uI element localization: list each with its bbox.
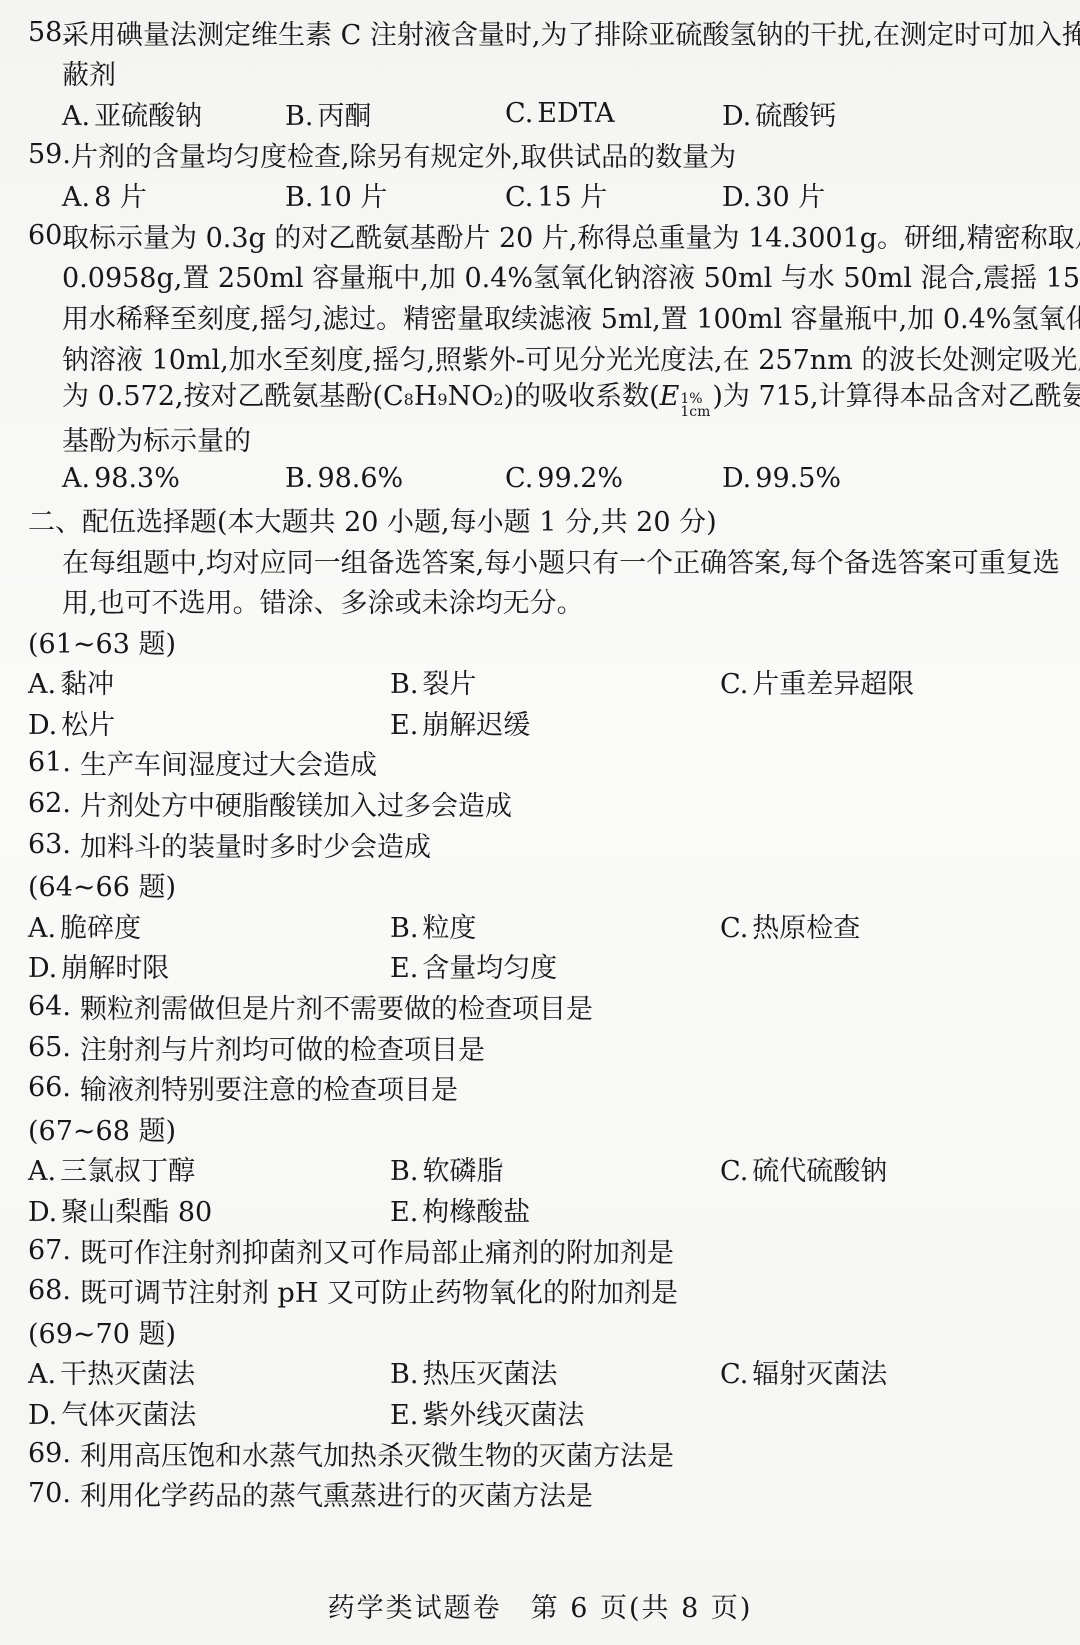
formula-text: H: [414, 381, 438, 412]
footer-text: 药学类试题卷 第 6 页(共 8 页): [328, 1593, 753, 1624]
question-stem: 生产车间湿度过大会造成: [80, 743, 377, 782]
option-label: A.: [28, 1156, 56, 1187]
question-60-line-4: 钠溶液 10ml,加水至刻度,摇匀,照紫外-可见分光光度法,在 257nm 的波…: [28, 337, 1054, 378]
option-label: B.: [285, 463, 313, 494]
question-stem: 0.0958g,置 250ml 容量瓶中,加 0.4%氢氧化钠溶液 50ml 与…: [62, 256, 1080, 295]
group-69-70-range: (69~70 题): [28, 1311, 1054, 1352]
option-a: A.98.3%: [62, 463, 285, 494]
group-64-66-options-de: D.崩解时限 E.含量均匀度: [28, 946, 1054, 987]
group-67-68-options-abc: A.三氯叔丁醇 B.软磷脂 C.硫代硫酸钠: [28, 1149, 1054, 1190]
instructions-text: 用,也可不选用。错涂、多涂或未涂均无分。: [62, 581, 584, 620]
question-stem: 既可作注射剂抑菌剂又可作局部止痛剂的附加剂是: [80, 1231, 674, 1270]
group-69-70-options-de: D.气体灭菌法 E.紫外线灭菌法: [28, 1392, 1054, 1433]
group-range-label: (69~70 题): [28, 1312, 176, 1351]
question-number: 59.: [28, 139, 71, 170]
option-c: C.辐射灭菌法: [720, 1352, 1054, 1391]
option-label: C.: [505, 98, 533, 129]
question-69: 69. 利用高压饱和水蒸气加热杀灭微生物的灭菌方法是: [28, 1433, 1054, 1474]
option-label: D.: [28, 1400, 57, 1431]
option-c: C.片重差异超限: [720, 662, 1054, 701]
group-61-63-options-de: D.松片 E.崩解迟缓: [28, 702, 1054, 743]
option-label: D.: [722, 101, 751, 132]
option-label: B.: [390, 669, 418, 700]
option-label: D.: [28, 710, 57, 741]
option-text: 99.5%: [755, 463, 841, 494]
question-59-line-1: 59. 片剂的含量均匀度检查,除另有规定外,取供试品的数量为: [28, 134, 1054, 175]
option-label: C.: [720, 1156, 748, 1187]
option-text: 15 片: [537, 175, 607, 214]
option-text: 紫外线灭菌法: [422, 1393, 584, 1432]
question-58-line-1: 58. 采用碘量法测定维生素 C 注射液含量时,为了排除亚硫酸氢钠的干扰,在测定…: [28, 12, 1054, 53]
question-stem: 用水稀释至刻度,摇匀,滤过。精密量取续滤液 5ml,置 100ml 容量瓶中,加…: [62, 297, 1080, 336]
question-stem: 颗粒剂需做但是片剂不需要做的检查项目是: [80, 987, 593, 1026]
question-number: 60.: [28, 220, 62, 251]
option-text: 辐射灭菌法: [752, 1352, 887, 1391]
formula-text: )的吸收系数(: [504, 374, 660, 413]
section-title: 二、配伍选择题(本大题共 20 小题,每小题 1 分,共 20 分): [28, 500, 717, 539]
question-number: 65.: [28, 1032, 71, 1063]
question-stem: 基酚为标示量的: [62, 419, 251, 458]
section-instructions-line-1: 在每组题中,均对应同一组备选答案,每小题只有一个正确答案,每个备选答案可重复选: [28, 540, 1054, 581]
question-stem: 蔽剂: [62, 53, 116, 92]
option-a: A.黏冲: [28, 662, 390, 701]
option-text: 亚硫酸钠: [94, 94, 202, 133]
formula-text: 为 0.572,按对乙酰氨基酚(C: [62, 374, 404, 413]
option-label: B.: [285, 182, 313, 213]
question-stem: 加料斗的装量时多时少会造成: [80, 825, 431, 864]
option-d: D.聚山梨酯 80: [28, 1190, 390, 1229]
question-60-options: A.98.3% B.98.6% C.99.2% D.99.5%: [28, 459, 1054, 500]
exam-page: 58. 采用碘量法测定维生素 C 注射液含量时,为了排除亚硫酸氢钠的干扰,在测定…: [0, 0, 1080, 1645]
subscript: 1cm: [680, 406, 710, 419]
option-b: B.10 片: [285, 175, 505, 214]
option-label: E.: [390, 953, 418, 984]
option-e: E.枸橼酸盐: [390, 1190, 720, 1229]
option-a: A.亚硫酸钠: [62, 94, 285, 133]
option-a: A.8 片: [62, 175, 285, 214]
group-range-label: (61~63 题): [28, 622, 176, 661]
option-d: D.松片: [28, 703, 390, 742]
option-c: C.15 片: [505, 175, 722, 214]
question-58-options: A.亚硫酸钠 B.丙酮 C.EDTA D.硫酸钙: [28, 93, 1054, 134]
question-60-line-2: 0.0958g,置 250ml 容量瓶中,加 0.4%氢氧化钠溶液 50ml 与…: [28, 256, 1054, 297]
group-range-label: (67~68 题): [28, 1109, 176, 1148]
option-text: 脆碎度: [60, 906, 141, 945]
group-range-label: (64~66 题): [28, 865, 176, 904]
section-instructions-line-2: 用,也可不选用。错涂、多涂或未涂均无分。: [28, 580, 1054, 621]
question-number: 64.: [28, 991, 71, 1022]
question-65: 65. 注射剂与片剂均可做的检查项目是: [28, 1027, 1054, 1068]
option-label: A.: [62, 182, 90, 213]
section-heading: 二、配伍选择题(本大题共 20 小题,每小题 1 分,共 20 分): [28, 499, 1054, 540]
question-67: 67. 既可作注射剂抑菌剂又可作局部止痛剂的附加剂是: [28, 1230, 1054, 1271]
option-text: 干热灭菌法: [60, 1352, 195, 1391]
group-61-63-range: (61~63 题): [28, 621, 1054, 662]
question-60-line-3: 用水稀释至刻度,摇匀,滤过。精密量取续滤液 5ml,置 100ml 容量瓶中,加…: [28, 296, 1054, 337]
option-b: B.丙酮: [285, 94, 505, 133]
question-60-line-1: 60. 取标示量为 0.3g 的对乙酰氨基酚片 20 片,称得总重量为 14.3…: [28, 215, 1054, 256]
option-d: D.30 片: [722, 175, 1054, 214]
question-stem: 利用化学药品的蒸气熏蒸进行的灭菌方法是: [80, 1474, 593, 1513]
question-64: 64. 颗粒剂需做但是片剂不需要做的检查项目是: [28, 986, 1054, 1027]
group-67-68-options-de: D.聚山梨酯 80 E.枸橼酸盐: [28, 1189, 1054, 1230]
option-a: A.脆碎度: [28, 906, 390, 945]
option-text: 10 片: [317, 175, 387, 214]
question-number: 69.: [28, 1438, 71, 1469]
option-text: 99.2%: [537, 463, 623, 494]
question-number: 68.: [28, 1275, 71, 1306]
formula-text: NO: [448, 381, 494, 412]
group-67-68-range: (67~68 题): [28, 1108, 1054, 1149]
option-label: B.: [285, 101, 313, 132]
group-61-63-options-abc: A.黏冲 B.裂片 C.片重差异超限: [28, 662, 1054, 703]
option-label: C.: [505, 463, 533, 494]
question-number: 70.: [28, 1478, 71, 1509]
option-b: B.粒度: [390, 906, 720, 945]
option-text: 崩解迟缓: [422, 703, 530, 742]
option-label: B.: [390, 913, 418, 944]
option-label: A.: [28, 1359, 56, 1390]
page-footer: 药学类试题卷 第 6 页(共 8 页): [0, 1586, 1080, 1625]
question-number: 62.: [28, 788, 71, 819]
option-c: C.EDTA: [505, 98, 722, 129]
option-text: 8 片: [94, 175, 147, 214]
option-text: 30 片: [755, 175, 825, 214]
option-label: D.: [28, 953, 57, 984]
option-b: B.热压灭菌法: [390, 1352, 720, 1391]
question-66: 66. 输液剂特别要注意的检查项目是: [28, 1067, 1054, 1108]
question-stem: 片剂处方中硬脂酸镁加入过多会造成: [80, 784, 512, 823]
option-text: 气体灭菌法: [61, 1393, 196, 1432]
option-text: 软磷脂: [422, 1149, 503, 1188]
group-64-66-options-abc: A.脆碎度 B.粒度 C.热原检查: [28, 905, 1054, 946]
question-63: 63. 加料斗的装量时多时少会造成: [28, 824, 1054, 865]
option-text: 片重差异超限: [752, 662, 914, 701]
option-text: 98.3%: [94, 463, 180, 494]
option-b: B.裂片: [390, 662, 720, 701]
sup-sub-stack: 1%1cm: [680, 393, 710, 419]
question-61: 61. 生产车间湿度过大会造成: [28, 743, 1054, 784]
option-label: E.: [390, 710, 418, 741]
question-60-line-6: 基酚为标示量的: [28, 418, 1054, 459]
question-stem: 利用高压饱和水蒸气加热杀灭微生物的灭菌方法是: [80, 1434, 674, 1473]
question-number: 67.: [28, 1235, 71, 1266]
question-stem: 注射剂与片剂均可做的检查项目是: [80, 1028, 485, 1067]
option-label: C.: [720, 669, 748, 700]
option-label: A.: [62, 101, 90, 132]
option-label: A.: [28, 669, 56, 700]
option-label: D.: [722, 182, 751, 213]
option-text: 含量均匀度: [422, 946, 557, 985]
option-a: A.干热灭菌法: [28, 1352, 390, 1391]
option-text: 三氯叔丁醇: [60, 1149, 195, 1188]
option-c: C.硫代硫酸钠: [720, 1149, 1054, 1188]
question-number: 66.: [28, 1072, 71, 1103]
option-text: 粒度: [422, 906, 476, 945]
absorption-coefficient-symbol: E: [660, 381, 680, 412]
group-64-66-range: (64~66 题): [28, 864, 1054, 905]
option-label: C.: [720, 913, 748, 944]
option-text: 硫代硫酸钠: [752, 1149, 887, 1188]
option-text: 枸橼酸盐: [422, 1190, 530, 1229]
option-text: 裂片: [422, 662, 476, 701]
option-label: D.: [722, 463, 751, 494]
option-text: 黏冲: [60, 662, 114, 701]
option-text: 热原检查: [752, 906, 860, 945]
option-label: E.: [390, 1400, 418, 1431]
question-stem: 既可调节注射剂 pH 又可防止药物氧化的附加剂是: [80, 1271, 678, 1310]
option-b: B.软磷脂: [390, 1149, 720, 1188]
option-d: D.崩解时限: [28, 946, 390, 985]
question-58-line-2: 蔽剂: [28, 53, 1054, 94]
option-text: 硫酸钙: [755, 94, 836, 133]
option-e: E.紫外线灭菌法: [390, 1393, 720, 1432]
question-stem: 输液剂特别要注意的检查项目是: [80, 1068, 458, 1107]
option-b: B.98.6%: [285, 463, 505, 494]
question-stem: 采用碘量法测定维生素 C 注射液含量时,为了排除亚硫酸氢钠的干扰,在测定时可加入…: [62, 13, 1080, 52]
formula-text: )为 715,计算得本品含对乙酰氨: [712, 374, 1080, 413]
question-68: 68. 既可调节注射剂 pH 又可防止药物氧化的附加剂是: [28, 1270, 1054, 1311]
option-e: E.崩解迟缓: [390, 703, 720, 742]
option-label: E.: [390, 1197, 418, 1228]
question-stem: 取标示量为 0.3g 的对乙酰氨基酚片 20 片,称得总重量为 14.3001g…: [62, 216, 1080, 255]
question-60-line-5-formula: 为 0.572,按对乙酰氨基酚(C8H9NO2)的吸收系数(E1%1cm)为 7…: [28, 377, 1054, 418]
option-label: B.: [390, 1156, 418, 1187]
question-number: 63.: [28, 829, 71, 860]
option-text: 丙酮: [317, 94, 371, 133]
question-62: 62. 片剂处方中硬脂酸镁加入过多会造成: [28, 783, 1054, 824]
question-59-options: A.8 片 B.10 片 C.15 片 D.30 片: [28, 174, 1054, 215]
question-70: 70. 利用化学药品的蒸气熏蒸进行的灭菌方法是: [28, 1473, 1054, 1514]
option-a: A.三氯叔丁醇: [28, 1149, 390, 1188]
option-e: E.含量均匀度: [390, 946, 720, 985]
option-d: D.99.5%: [722, 463, 1054, 494]
question-stem: 片剂的含量均匀度检查,除另有规定外,取供试品的数量为: [71, 135, 736, 174]
option-d: D.硫酸钙: [722, 94, 1054, 133]
option-d: D.气体灭菌法: [28, 1393, 390, 1432]
question-stem: 钠溶液 10ml,加水至刻度,摇匀,照紫外-可见分光光度法,在 257nm 的波…: [62, 338, 1080, 377]
instructions-text: 在每组题中,均对应同一组备选答案,每小题只有一个正确答案,每个备选答案可重复选: [62, 541, 1060, 580]
option-text: 聚山梨酯 80: [61, 1190, 212, 1229]
option-label: A.: [28, 913, 56, 944]
option-text: 热压灭菌法: [422, 1352, 557, 1391]
option-text: 98.6%: [317, 463, 403, 494]
option-label: D.: [28, 1197, 57, 1228]
option-label: B.: [390, 1359, 418, 1390]
group-69-70-options-abc: A.干热灭菌法 B.热压灭菌法 C.辐射灭菌法: [28, 1352, 1054, 1393]
option-label: C.: [720, 1359, 748, 1390]
option-label: C.: [505, 182, 533, 213]
option-text: EDTA: [537, 98, 614, 129]
option-c: C.热原检查: [720, 906, 1054, 945]
option-label: A.: [62, 463, 90, 494]
option-text: 崩解时限: [61, 946, 169, 985]
option-text: 松片: [61, 703, 115, 742]
chemical-formula-line: 为 0.572,按对乙酰氨基酚(C8H9NO2)的吸收系数(E1%1cm)为 7…: [62, 374, 1080, 421]
option-c: C.99.2%: [505, 463, 722, 494]
question-number: 61.: [28, 747, 71, 778]
question-number: 58.: [28, 17, 62, 48]
